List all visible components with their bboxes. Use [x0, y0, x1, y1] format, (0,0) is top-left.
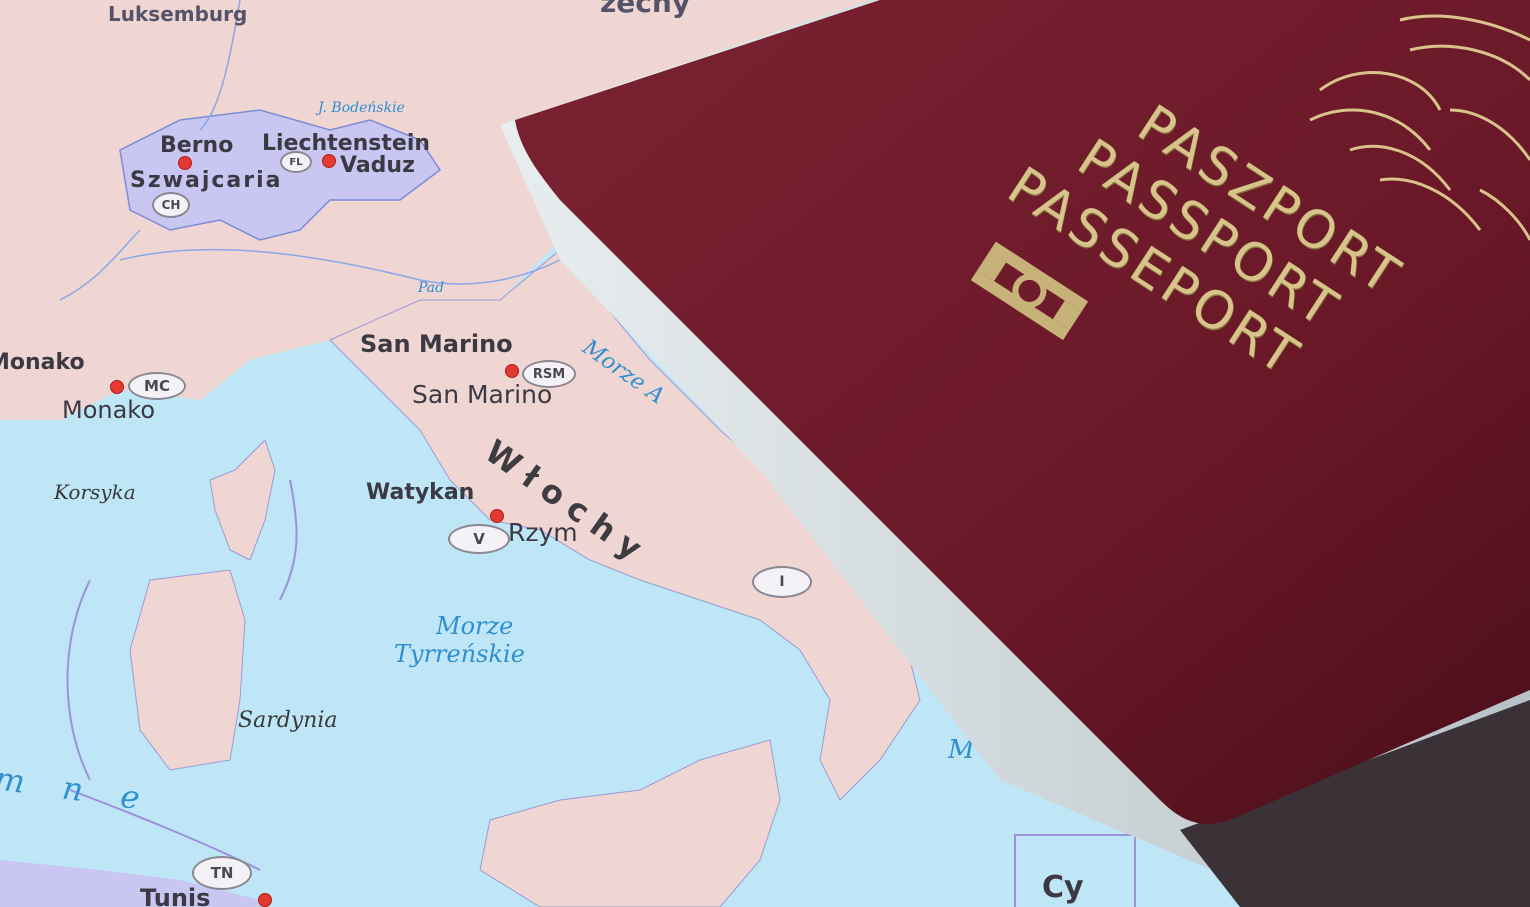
- lake-label: J. Bodeńskie: [318, 100, 405, 116]
- photo-scene: Luksemburg J. Bodeńskie Berno Liechtenst…: [0, 0, 1530, 907]
- top-partial-label: zechy: [600, 0, 690, 19]
- country-label-szwajcaria: Szwajcaria: [130, 168, 282, 193]
- capital-dot-tunis: [258, 893, 272, 907]
- country-label-luksemburg: Luksemburg: [108, 2, 247, 26]
- island-label-korsyka: Korsyka: [54, 480, 136, 504]
- country-code-i: I: [752, 566, 812, 598]
- country-code-ch: CH: [152, 192, 190, 218]
- country-code-fl: FL: [280, 151, 312, 173]
- country-code-v: V: [448, 524, 510, 554]
- country-label-watykan: Watykan: [366, 480, 474, 505]
- river-label-pad: Pad: [418, 280, 444, 296]
- capital-dot-vaduz: [322, 154, 336, 168]
- capital-label-rzym: Rzym: [508, 518, 578, 547]
- inset-label-partial: Cy: [1042, 870, 1084, 905]
- country-label-monako: Monako: [0, 350, 85, 375]
- sea-label-tyrrhenian-1: Morze: [436, 612, 513, 640]
- capital-label-berno: Berno: [160, 133, 233, 158]
- island-label-sardynia: Sardynia: [238, 708, 338, 733]
- capital-label-tunis: Tunis: [140, 884, 210, 907]
- capital-dot-monako: [110, 380, 124, 394]
- capital-label-vaduz: Vaduz: [340, 153, 415, 178]
- capital-label-san-marino: San Marino: [412, 380, 552, 409]
- country-label-san-marino: San Marino: [360, 330, 513, 358]
- sea-label-tyrrhenian-2: Tyrreńskie: [394, 640, 525, 668]
- sea-label-partial-ionian: M: [948, 735, 975, 765]
- capital-dot-rzym: [490, 509, 504, 523]
- capital-label-monako: Monako: [62, 396, 155, 424]
- capital-dot-san-marino: [505, 364, 519, 378]
